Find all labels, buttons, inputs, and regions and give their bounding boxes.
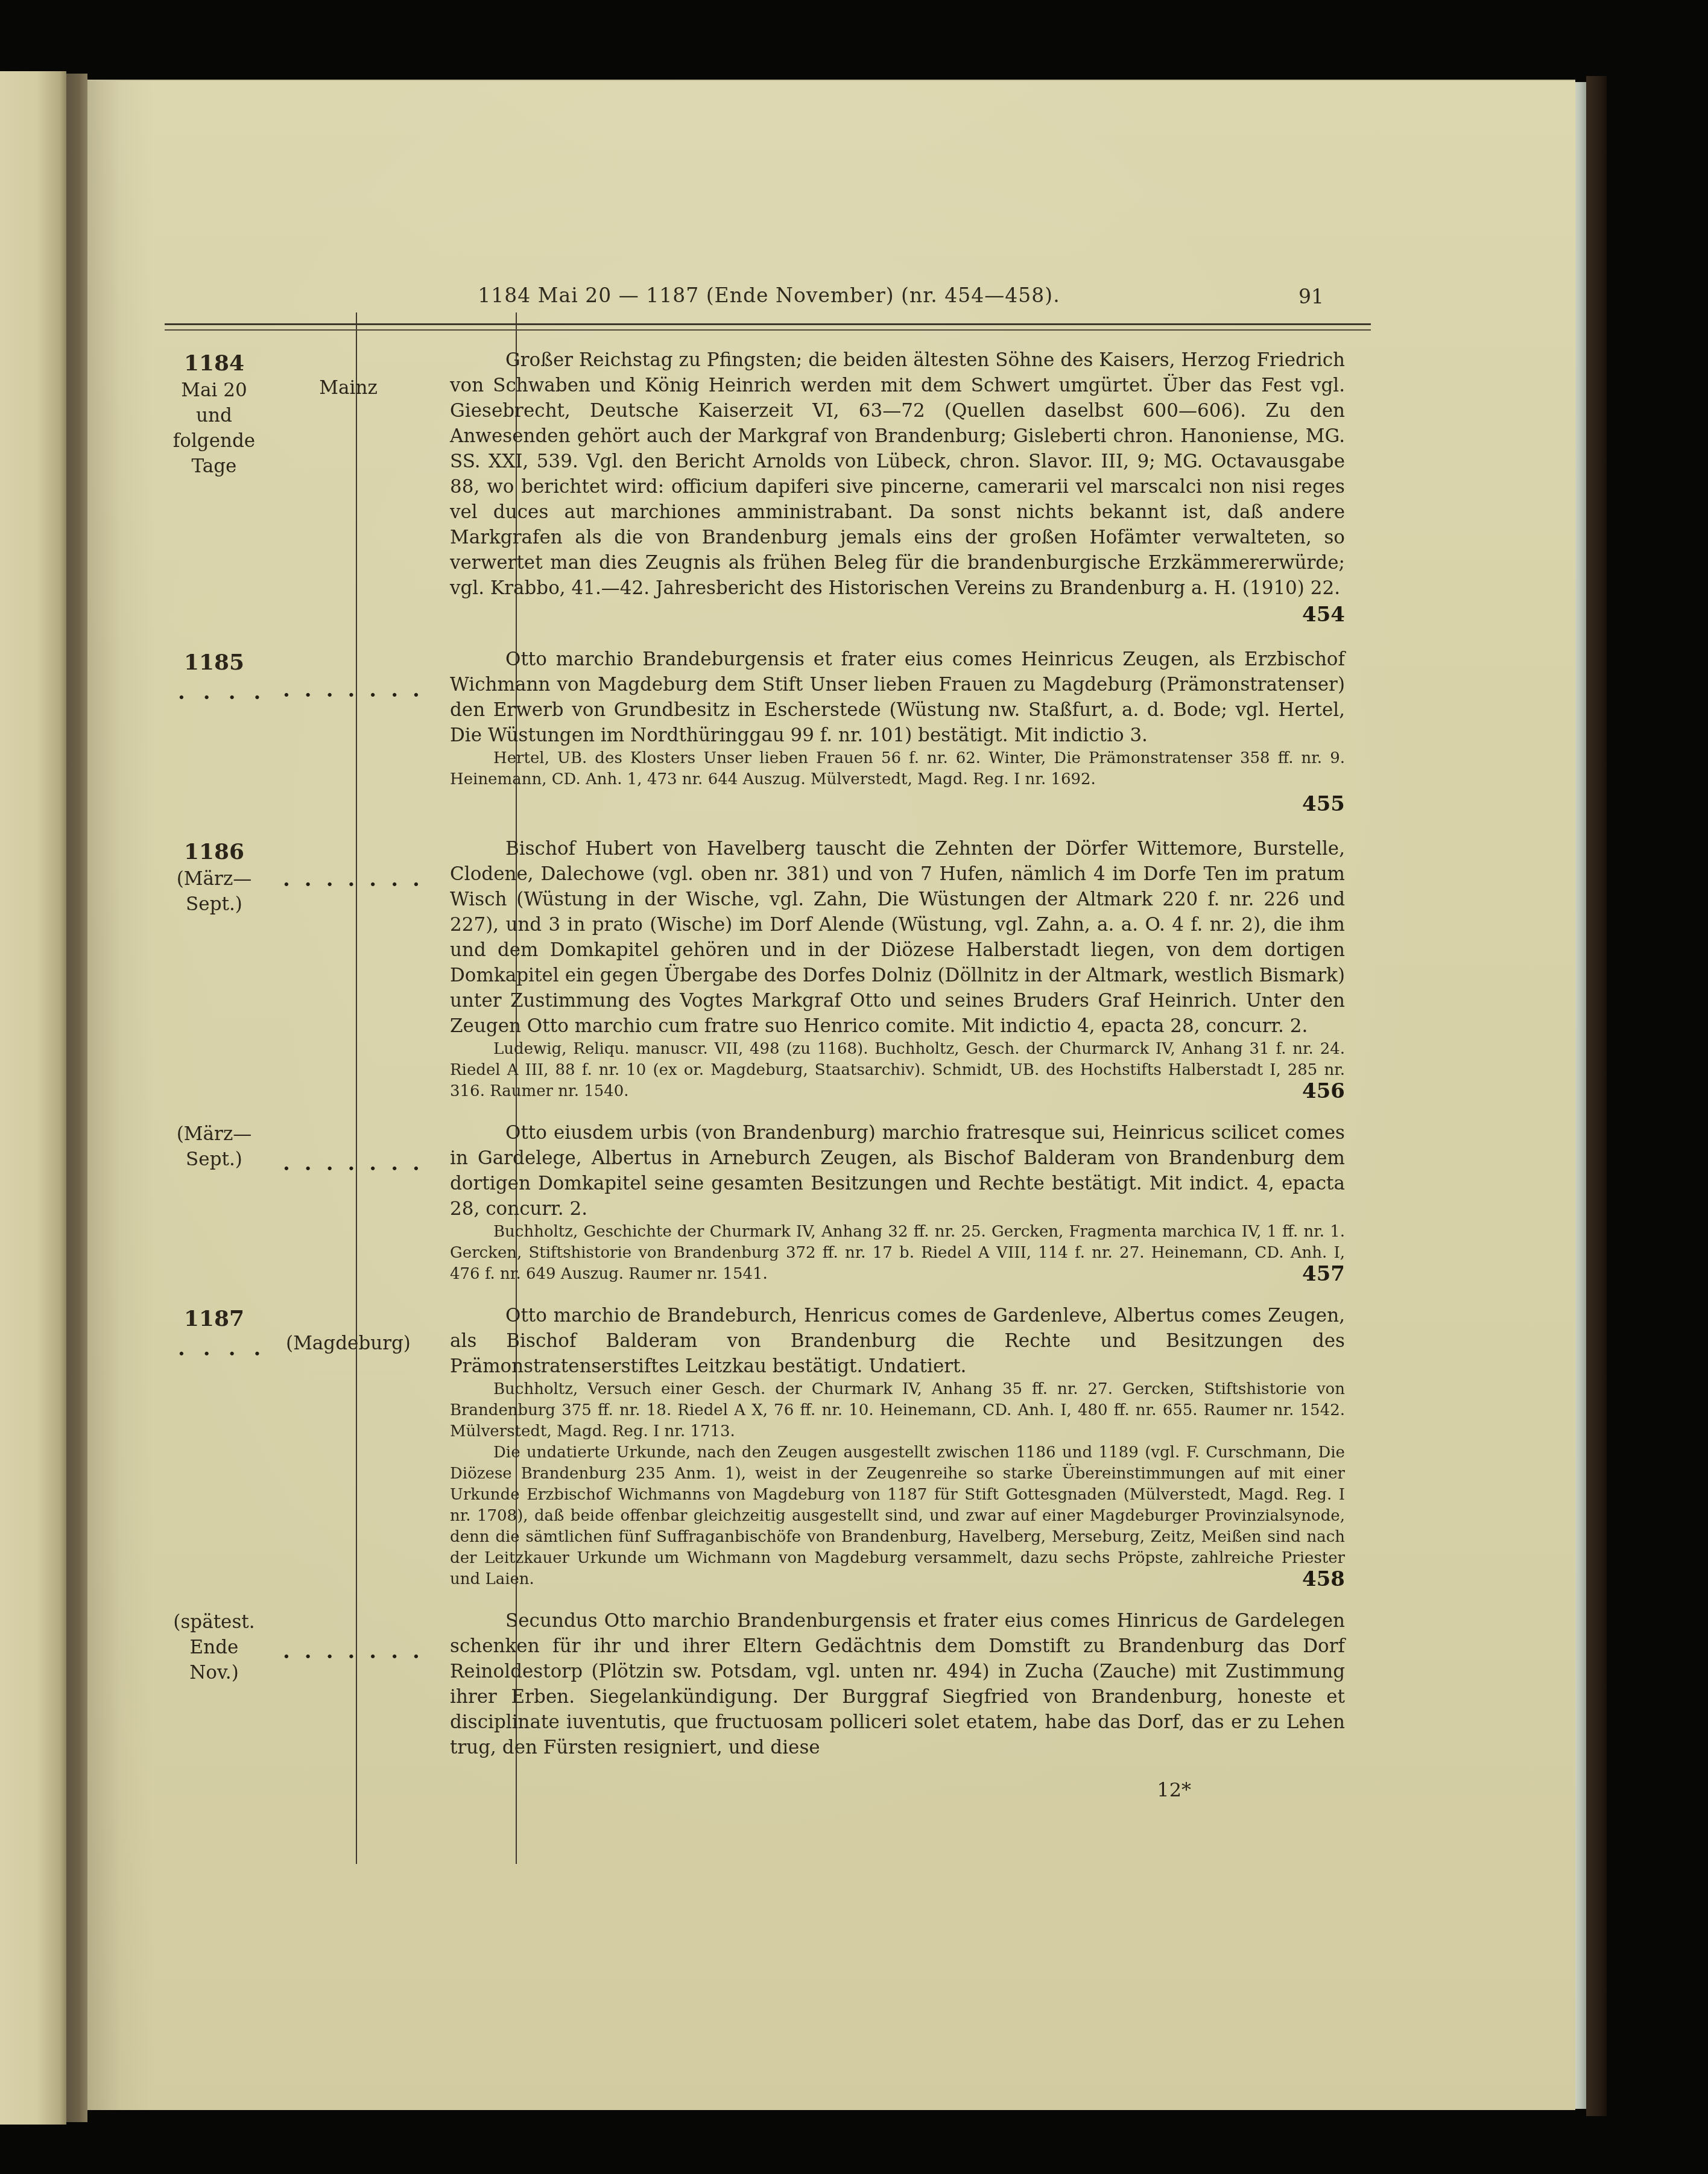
entries: 1184Mai 20undfolgendeTage Mainz Großer R…	[160, 347, 1526, 1760]
page-title: 1184 Mai 20 — 1187 (Ende November) (nr. …	[87, 284, 1450, 307]
entry-note: Buchholtz, Versuch einer Gesch. der Chur…	[450, 1379, 1345, 1442]
date-label: (März—	[160, 1121, 268, 1147]
place-label: (Magdeburg)	[268, 1331, 428, 1356]
previous-page-edge	[0, 71, 66, 2125]
date-label: Mai 20	[160, 378, 268, 403]
entry-date-column: 1185....	[160, 647, 268, 818]
place-dots: .......	[268, 864, 428, 895]
entry-date-column: 1186(März—Sept.)	[160, 836, 268, 1102]
entry-date-column: 1184Mai 20undfolgendeTage	[160, 347, 268, 629]
entry-main-column: Bischof Hubert von Havelberg tauscht die…	[428, 836, 1345, 1102]
entry-place-column: .......	[268, 836, 428, 1102]
place-dots: .......	[268, 1148, 428, 1179]
date-label: 1187	[160, 1304, 268, 1333]
header-double-rule	[165, 323, 1371, 331]
date-dots: ....	[160, 1333, 268, 1364]
date-label: Ende	[160, 1635, 268, 1660]
book-scan: 1184 Mai 20 — 1187 (Ende November) (nr. …	[0, 0, 1708, 2174]
running-head: 1184 Mai 20 — 1187 (Ende November) (nr. …	[87, 284, 1450, 315]
entry-note: Hertel, UB. des Klosters Unser lieben Fr…	[450, 748, 1345, 790]
entry-number: 455	[450, 790, 1345, 818]
regest-entry: (März—Sept.) ....... Otto eiusdem urbis …	[160, 1120, 1526, 1285]
entry-date-column: 1187....	[160, 1303, 268, 1590]
entry-number: 454	[450, 601, 1345, 629]
date-label: 1185	[160, 648, 268, 677]
regest-entry: 1185.... ....... Otto marchio Brandeburg…	[160, 647, 1526, 818]
entry-body: Otto marchio de Brandeburch, Henricus co…	[450, 1303, 1345, 1379]
text-block: 1184 Mai 20 — 1187 (Ende November) (nr. …	[87, 284, 1577, 1801]
date-label: 1186	[160, 837, 268, 866]
entry-date-column: (spätest.EndeNov.)	[160, 1608, 268, 1760]
regest-entry: 1187.... (Magdeburg) Otto marchio de Bra…	[160, 1303, 1526, 1590]
date-label: 1184	[160, 349, 268, 378]
entry-place-column: (Magdeburg)	[268, 1303, 428, 1590]
date-label: Sept.)	[160, 892, 268, 917]
entry-note: Ludewig, Reliqu. manuscr. VII, 498 (zu 1…	[450, 1039, 1345, 1102]
book-cover-edge	[1586, 76, 1607, 2116]
entry-body: Otto eiusdem urbis (von Brandenburg) mar…	[450, 1120, 1345, 1222]
entry-note: Buchholtz, Geschichte der Churmark IV, A…	[450, 1222, 1345, 1285]
gutter-shadow	[66, 74, 87, 2122]
place-dots: .......	[268, 1636, 428, 1667]
entry-body: Otto marchio Brandeburgensis et frater e…	[450, 647, 1345, 748]
place-label: Mainz	[268, 375, 428, 401]
signature-mark: 12*	[160, 1778, 1369, 1801]
regest-entry: 1186(März—Sept.) ....... Bischof Hubert …	[160, 836, 1526, 1102]
entry-number: 457	[1248, 1264, 1345, 1285]
regest-entry: (spätest.EndeNov.) ....... Secundus Otto…	[160, 1608, 1526, 1760]
entry-body: Secundus Otto marchio Brandenburgensis e…	[450, 1608, 1345, 1760]
entry-main-column: Großer Reichstag zu Pfingsten; die beide…	[428, 347, 1345, 629]
entry-main-column: Otto marchio Brandeburgensis et frater e…	[428, 647, 1345, 818]
entry-place-column: .......	[268, 1120, 428, 1285]
date-label: folgende	[160, 428, 268, 454]
entry-main-column: Otto marchio de Brandeburch, Henricus co…	[428, 1303, 1345, 1590]
regest-entry: 1184Mai 20undfolgendeTage Mainz Großer R…	[160, 347, 1526, 629]
entry-main-column: Otto eiusdem urbis (von Brandenburg) mar…	[428, 1120, 1345, 1285]
date-dots: ....	[160, 677, 268, 708]
date-label: (spätest.	[160, 1609, 268, 1635]
entry-body: Bischof Hubert von Havelberg tauscht die…	[450, 836, 1345, 1039]
entry-note: Die undatierte Urkunde, nach den Zeugen …	[450, 1442, 1345, 1590]
entry-number: 458	[1248, 1569, 1345, 1590]
entry-place-column: .......	[268, 647, 428, 818]
entry-body: Großer Reichstag zu Pfingsten; die beide…	[450, 347, 1345, 601]
entry-place-column: Mainz	[268, 347, 428, 629]
date-label: Tage	[160, 454, 268, 479]
entry-place-column: .......	[268, 1608, 428, 1760]
date-label: (März—	[160, 866, 268, 892]
place-dots: .......	[268, 674, 428, 706]
page-number: 91	[1298, 285, 1324, 308]
date-label: Nov.)	[160, 1660, 268, 1685]
entry-date-column: (März—Sept.)	[160, 1120, 268, 1285]
scanned-page: 1184 Mai 20 — 1187 (Ende November) (nr. …	[87, 80, 1575, 2110]
entry-main-column: Secundus Otto marchio Brandenburgensis e…	[428, 1608, 1345, 1760]
entry-number: 456	[1248, 1081, 1345, 1102]
date-label: und	[160, 403, 268, 428]
date-label: Sept.)	[160, 1147, 268, 1172]
